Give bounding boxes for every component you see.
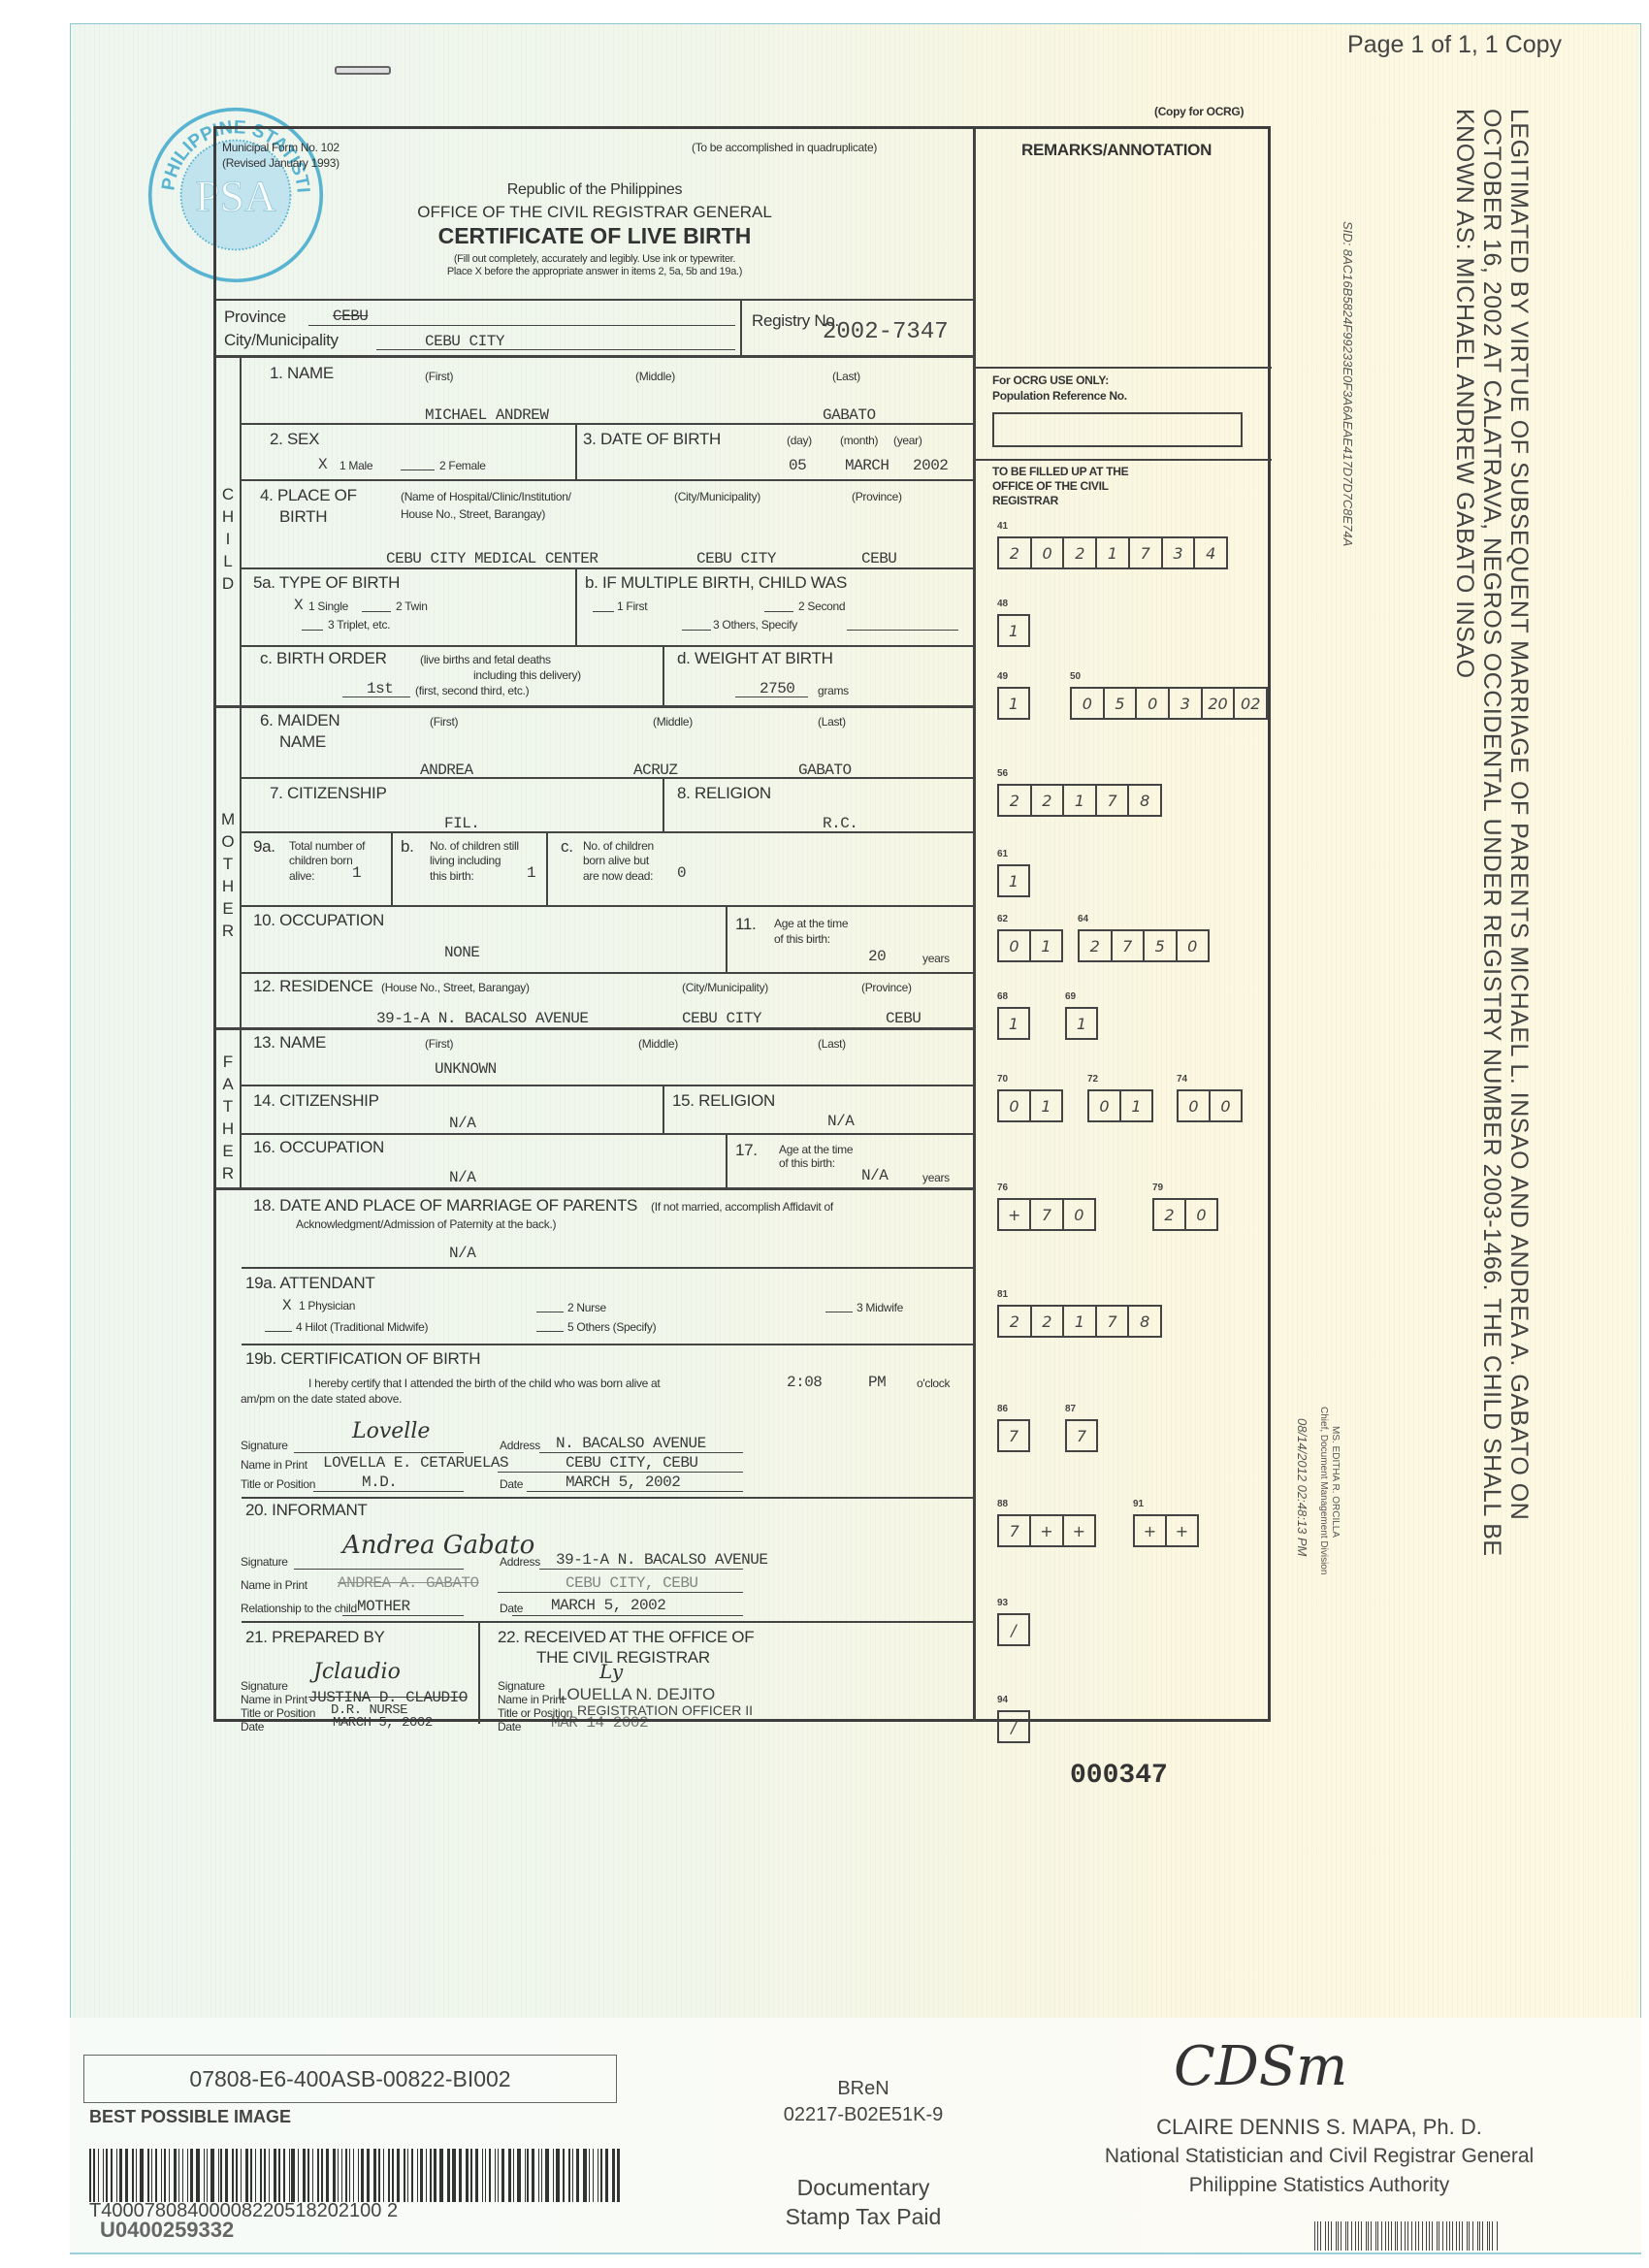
code-cell: 5 xyxy=(1145,931,1178,960)
father-age-hdr1: Age at the time xyxy=(779,1143,853,1156)
barcode-bar xyxy=(1320,2221,1321,2251)
sex-female-option: 2 Female xyxy=(439,459,486,472)
barcode-bar xyxy=(338,2149,339,2202)
code-cell: 2 xyxy=(1154,1200,1186,1229)
code-box: +70 xyxy=(997,1198,1096,1231)
code-cell: 3 xyxy=(1163,538,1196,567)
barcode-bar xyxy=(1422,2221,1423,2251)
barcode-bar xyxy=(452,2149,455,2202)
barcode-bar xyxy=(1347,2221,1348,2251)
middle-hdr: (Middle) xyxy=(635,370,675,383)
barcode-bar xyxy=(250,2149,252,2202)
marriage-note-2: Acknowledgment/Admission of Paternity at… xyxy=(296,1217,556,1231)
code-cell: 1 xyxy=(1064,786,1097,815)
maiden-name-label: 6. MAIDEN xyxy=(260,711,339,730)
code-cell: 3 xyxy=(1170,689,1203,718)
code-cell: 7 xyxy=(1067,1421,1096,1450)
code-cell: 1 xyxy=(999,866,1028,895)
informant-signature-label: Signature xyxy=(241,1555,288,1569)
birth-order-hint: (first, second third, etc.) xyxy=(415,684,529,697)
city-value: CEBU CITY xyxy=(425,333,504,350)
barcode-bar xyxy=(353,2149,354,2202)
multi-others: 3 Others, Specify xyxy=(713,618,797,632)
barcode-bar xyxy=(541,2149,542,2202)
barcode-bar xyxy=(264,2149,266,2202)
page-count: Page 1 of 1, 1 Copy xyxy=(1347,31,1562,59)
barcode-bar xyxy=(283,2149,285,2202)
attendant-midwife: 3 Midwife xyxy=(857,1301,903,1314)
barcode-bar xyxy=(136,2149,138,2202)
mother-citizenship-label: 7. CITIZENSHIP xyxy=(270,784,387,803)
code-cell: 1 xyxy=(1031,1091,1061,1120)
code-cell: 4 xyxy=(1195,538,1226,567)
barcode-bar xyxy=(1401,2221,1402,2251)
copy-for-ocrg: (Copy for OCRG) xyxy=(1154,105,1244,118)
code-box: 1 xyxy=(997,687,1030,720)
barcode-bar xyxy=(361,2149,364,2202)
barcode-bar xyxy=(576,2149,579,2202)
barcode-bar xyxy=(116,2149,117,2202)
attendant-nurse: 2 Nurse xyxy=(567,1301,606,1314)
barcode-bar xyxy=(1415,2221,1416,2251)
certification-label: 19b. CERTIFICATION OF BIRTH xyxy=(245,1349,480,1369)
barcode-bar xyxy=(169,2149,170,2202)
mother-age-hdr1: Age at the time xyxy=(774,917,848,930)
barcode-bar xyxy=(106,2149,108,2202)
type-of-birth-mark: X xyxy=(294,597,303,614)
total-born-label: 9a. xyxy=(253,837,275,857)
barcode-bar xyxy=(388,2149,390,2202)
barcode-bar xyxy=(605,2149,608,2202)
pob-city: CEBU CITY xyxy=(696,550,776,567)
barcode-bar xyxy=(439,2149,442,2202)
barcode-bar xyxy=(553,2149,555,2202)
informant-relationship-label: Relationship to the child xyxy=(241,1602,357,1615)
annotation-timestamp: 08/14/2012 02:48:13 PM xyxy=(1295,1418,1309,1556)
attendant-others: 5 Others (Specify) xyxy=(567,1320,656,1334)
bren-label: BReN xyxy=(747,2076,980,2102)
remarks-title: REMARKS/ANNOTATION xyxy=(1021,141,1212,160)
father-age: N/A xyxy=(861,1167,888,1184)
month-hdr: (month) xyxy=(840,434,878,447)
barcode-bar xyxy=(1477,2221,1478,2251)
barcode-bar xyxy=(495,2149,496,2202)
code-cell: / xyxy=(999,1712,1028,1741)
mother-middle-hdr: (Middle) xyxy=(653,715,693,729)
mother-religion-label: 8. RELIGION xyxy=(677,784,771,803)
code-box: 1 xyxy=(1065,1007,1098,1040)
barcode-bar xyxy=(1426,2221,1427,2251)
code-box: 7 xyxy=(1065,1419,1098,1452)
barcode-bar xyxy=(612,2149,615,2202)
certification-text-2: am/pm on the date stated above. xyxy=(241,1392,402,1406)
code-cell: + xyxy=(1064,1516,1094,1545)
documentary-stamp: Documentary Stamp Tax Paid xyxy=(747,2173,980,2231)
code-cell: 0 xyxy=(1072,689,1105,718)
annotation-signer-title: Chief, Document Management Division xyxy=(1317,1407,1329,1574)
code-box: 01 xyxy=(1087,1089,1153,1122)
barcode-bar xyxy=(225,2149,228,2202)
annotation-signer: MS. EDITHA R. ORCILLA xyxy=(1329,1426,1341,1538)
code-cell: 0 xyxy=(1064,1200,1094,1229)
living-label: b. xyxy=(401,837,414,857)
residence-province: CEBU xyxy=(886,1010,921,1027)
barcode-bar xyxy=(1469,2221,1470,2251)
multi-first: 1 First xyxy=(617,599,647,613)
dead-hdr2: born alive but xyxy=(583,854,649,867)
barcode-bar xyxy=(482,2149,483,2202)
barcode-bar xyxy=(373,2149,376,2202)
certificate-title: CERTIFICATE OF LIVE BIRTH xyxy=(216,223,973,249)
code-number: 94 xyxy=(997,1695,1008,1705)
living-hdr2: living including xyxy=(430,854,501,867)
barcode-bar xyxy=(151,2149,152,2202)
barcode-bar xyxy=(289,2149,290,2202)
code-cell: 0 xyxy=(1179,1091,1211,1120)
father-age-unit: years xyxy=(922,1171,950,1184)
barcode-bar xyxy=(1351,2221,1352,2251)
code-cell: 1 xyxy=(1031,931,1061,960)
multiple-birth-label: b. IF MULTIPLE BIRTH, CHILD WAS xyxy=(585,573,847,593)
barcode-bar xyxy=(470,2149,473,2202)
barcode-bar xyxy=(1317,2221,1318,2251)
informant-address-1: 39-1-A N. BACALSO AVENUE xyxy=(556,1551,767,1569)
child-last-name: GABATO xyxy=(823,406,876,424)
small-barcode xyxy=(1314,2221,1499,2251)
informant-name-label: Name in Print xyxy=(241,1578,307,1592)
barcode-bar xyxy=(466,2149,469,2202)
code-cell: 7 xyxy=(1130,538,1163,567)
official-name: CLAIRE DENNIS S. MAPA, Ph. D. xyxy=(1067,2113,1571,2142)
birth-order-hdr: (live births and fetal deaths xyxy=(420,653,551,666)
code-cell: 0 xyxy=(1032,538,1065,567)
code-cell: 0 xyxy=(1089,1091,1121,1120)
barcode-bar xyxy=(103,2149,104,2202)
code-cell: 0 xyxy=(999,1091,1031,1120)
pob-province: CEBU xyxy=(861,550,896,567)
cert-signature-label: Signature xyxy=(241,1439,288,1452)
barcode-bar xyxy=(383,2149,385,2202)
prepared-name-label: Name in Print xyxy=(241,1693,307,1706)
ocrg-use-label: For OCRG USE ONLY: xyxy=(992,373,1109,387)
code-cell: 5 xyxy=(1105,689,1138,718)
code-cell: 7 xyxy=(1113,931,1146,960)
barcode-bar xyxy=(140,2149,143,2202)
marriage-note: (If not married, accomplish Affidavit of xyxy=(651,1200,833,1214)
barcode-bar xyxy=(333,2149,336,2202)
barcode-bar xyxy=(1456,2221,1457,2251)
instruction-2: Place X before the appropriate answer in… xyxy=(216,266,973,277)
received-label: 22. RECEIVED AT THE OFFICE OF xyxy=(498,1628,754,1647)
barcode-bar xyxy=(274,2149,276,2202)
informant-date: MARCH 5, 2002 xyxy=(551,1597,665,1614)
code-cell: 0 xyxy=(1178,931,1209,960)
code-box: 00 xyxy=(1177,1089,1243,1122)
code-cell: 02 xyxy=(1235,689,1266,718)
city-label: City/Municipality xyxy=(224,331,339,350)
annotation-sid: SID: 8AC16B5824F99233E0F3A6AEAE417D7D7C8… xyxy=(1341,221,1355,546)
barcode-bar xyxy=(291,2149,294,2202)
sex-male-option: 1 Male xyxy=(339,459,372,472)
code-number: 91 xyxy=(1133,1499,1144,1509)
code-number: 41 xyxy=(997,521,1008,532)
living-hdr3: this birth: xyxy=(430,869,473,883)
code-number: 79 xyxy=(1152,1183,1163,1193)
barcode xyxy=(89,2149,623,2202)
quadruplicate-note: (To be accomplished in quadruplicate) xyxy=(692,141,877,154)
barcode-bar xyxy=(260,2149,263,2202)
stamp-line-1: Documentary xyxy=(747,2173,980,2202)
stamp-line-2: Stamp Tax Paid xyxy=(747,2202,980,2231)
control-code: 07808-E6-400ASB-00822-BI002 xyxy=(83,2055,617,2103)
barcode-bar xyxy=(508,2149,511,2202)
official-org: Philippine Statistics Authority xyxy=(1067,2171,1571,2200)
barcode-bar xyxy=(397,2149,400,2202)
cert-date-label: Date xyxy=(500,1477,523,1491)
code-cell: 7 xyxy=(1097,786,1130,815)
prepared-signature: Jclaudio xyxy=(313,1660,401,1684)
code-number: 64 xyxy=(1078,914,1088,924)
barcode-bar xyxy=(278,2149,280,2202)
code-cell: / xyxy=(999,1615,1028,1644)
barcode-bar xyxy=(407,2149,409,2202)
code-box: 01 xyxy=(997,929,1063,962)
pob-hdr-city: (City/Municipality) xyxy=(674,490,760,503)
code-cell: 1 xyxy=(999,1009,1028,1038)
barcode-bar xyxy=(572,2149,573,2202)
code-box: 05032002 xyxy=(1070,687,1268,720)
sex-label: 2. SEX xyxy=(270,430,319,449)
code-cell: 7 xyxy=(999,1421,1028,1450)
code-number: 72 xyxy=(1087,1074,1098,1085)
code-cell: 7 xyxy=(1097,1307,1130,1336)
code-box: 2750 xyxy=(1078,929,1210,962)
barcode-bar xyxy=(119,2149,122,2202)
barcode-bar xyxy=(589,2149,591,2202)
marriage-label: 18. DATE AND PLACE OF MARRIAGE OF PARENT… xyxy=(253,1196,637,1215)
dob-day: 05 xyxy=(789,457,806,474)
code-cell: 8 xyxy=(1129,786,1160,815)
barcode-bar xyxy=(556,2149,559,2202)
barcode-bar xyxy=(517,2149,520,2202)
barcode-bar xyxy=(417,2149,418,2202)
barcode-bar xyxy=(583,2149,586,2202)
tob-single: 1 Single xyxy=(308,599,348,613)
residence-hdr-province: (Province) xyxy=(861,981,912,994)
barcode-bar xyxy=(155,2149,157,2202)
child-first-name: MICHAEL ANDREW xyxy=(425,406,548,424)
cert-name-label: Name in Print xyxy=(241,1458,307,1472)
tob-twin: 2 Twin xyxy=(396,599,428,613)
first-hdr: (First) xyxy=(425,370,453,383)
republic-text: Republic of the Philippines xyxy=(216,181,973,199)
code-cell: 8 xyxy=(1129,1307,1160,1336)
code-number: 48 xyxy=(997,599,1008,609)
residence-label: 12. RESIDENCE xyxy=(253,977,373,996)
barcode-bar xyxy=(568,2149,570,2202)
mother-occupation-label: 10. OCCUPATION xyxy=(253,911,384,930)
code-cell: 2 xyxy=(1032,1307,1065,1336)
dob-label: 3. DATE OF BIRTH xyxy=(583,430,721,449)
barcode-bar xyxy=(1492,2221,1493,2251)
province-value: CEBU xyxy=(333,308,368,325)
birth-order-value: 1st xyxy=(367,680,393,697)
weight-label: d. WEIGHT AT BIRTH xyxy=(677,649,833,668)
barcode-bar xyxy=(220,2149,222,2202)
mother-first-hdr: (First) xyxy=(430,715,458,729)
barcode-bar xyxy=(210,2149,213,2202)
type-of-birth-label: 5a. TYPE OF BIRTH xyxy=(253,573,400,593)
mother-age: 20 xyxy=(868,948,886,965)
code-cell: 1 xyxy=(1097,538,1130,567)
official-title: National Statistician and Civil Registra… xyxy=(1067,2142,1571,2171)
birth-certificate-form: Municipal Form No. 102 (Revised January … xyxy=(213,126,1271,1722)
barcode-bar xyxy=(1489,2221,1490,2251)
prepared-title-label: Title or Position xyxy=(241,1706,315,1720)
code-number: 74 xyxy=(1177,1074,1187,1085)
barcode-bar xyxy=(426,2149,427,2202)
year-hdr: (year) xyxy=(893,434,922,447)
code-cell: + xyxy=(1031,1516,1063,1545)
barcode-bar xyxy=(187,2149,188,2202)
fill-label-1: TO BE FILLED UP AT THE xyxy=(992,465,1128,478)
cert-date: MARCH 5, 2002 xyxy=(566,1474,680,1491)
code-number: 86 xyxy=(997,1404,1008,1414)
barcode-bar xyxy=(269,2149,270,2202)
code-number: 69 xyxy=(1065,991,1076,1002)
code-box: ++ xyxy=(1133,1514,1199,1547)
national-statistician-signature: CDSm xyxy=(1174,2035,1347,2098)
cert-address-label: Address xyxy=(500,1439,540,1452)
serial-number: 000347 xyxy=(1070,1761,1168,1791)
dob-month: MARCH xyxy=(845,457,889,474)
barcode-bar xyxy=(532,2149,534,2202)
code-cell: 7 xyxy=(1031,1200,1063,1229)
prepared-signature-label: Signature xyxy=(241,1679,288,1693)
last-hdr: (Last) xyxy=(832,370,860,383)
barcode-bar xyxy=(1361,2221,1362,2251)
received-signature: Ly xyxy=(599,1660,623,1683)
barcode-bar xyxy=(1325,2221,1326,2251)
legitimation-annotation: LEGITIMATED BY VIRTUE OF SUBSEQUENT MARR… xyxy=(1387,109,1533,1641)
maiden-name-label-2: NAME xyxy=(279,732,326,752)
code-box: 20 xyxy=(1152,1198,1218,1231)
code-number: 93 xyxy=(997,1598,1008,1608)
code-box: 1 xyxy=(997,864,1030,897)
father-citizenship-label: 14. CITIZENSHIP xyxy=(253,1091,379,1111)
prepared-date: MARCH 5, 2002 xyxy=(333,1715,433,1731)
code-cell: 1 xyxy=(1067,1009,1096,1038)
total-born-hdr2: children born xyxy=(289,854,352,867)
code-box: 22178 xyxy=(997,784,1162,817)
barcode-bar xyxy=(367,2149,370,2202)
father-last-hdr: (Last) xyxy=(818,1037,846,1051)
pob-label: 4. PLACE OF xyxy=(260,486,357,505)
barcode-bar xyxy=(307,2149,309,2202)
weight-unit: grams xyxy=(818,684,849,697)
informant-date-label: Date xyxy=(500,1602,523,1615)
weight-value: 2750 xyxy=(760,680,794,697)
father-name: UNKNOWN xyxy=(435,1060,497,1078)
father-middle-hdr: (Middle) xyxy=(638,1037,678,1051)
barcode-bar xyxy=(392,2149,394,2202)
informant-address-2: CEBU CITY, CEBU xyxy=(566,1574,698,1592)
barcode-bar xyxy=(147,2149,150,2202)
attendant-mark: X xyxy=(282,1297,291,1314)
informant-name: ANDREA A. GABATO xyxy=(338,1574,479,1592)
province-label: Province xyxy=(224,308,286,327)
barcode-bar xyxy=(1405,2221,1406,2251)
residence-hdr-city: (City/Municipality) xyxy=(682,981,768,994)
barcode-bar xyxy=(1411,2221,1412,2251)
population-ref-label: Population Reference No. xyxy=(992,389,1127,403)
barcode-bar xyxy=(207,2149,209,2202)
barcode-bar xyxy=(1449,2221,1450,2251)
code-box: 22178 xyxy=(997,1305,1162,1338)
barcode-bar xyxy=(600,2149,603,2202)
pob-hdr-street: House No., Street, Barangay) xyxy=(401,507,545,521)
code-cell: 1 xyxy=(999,616,1028,645)
code-cell: 2 xyxy=(999,1307,1032,1336)
barcode-bar xyxy=(430,2149,432,2202)
barcode-number-2: U0400259332 xyxy=(100,2218,234,2243)
barcode-bar xyxy=(485,2149,487,2202)
cert-title-label: Title or Position xyxy=(241,1477,315,1491)
code-box: / xyxy=(997,1613,1030,1646)
code-cell: + xyxy=(1167,1516,1197,1545)
attendant-label: 19a. ATTENDANT xyxy=(245,1274,374,1293)
barcode-bar xyxy=(1375,2221,1376,2251)
barcode-bar xyxy=(434,2149,436,2202)
code-box: 1 xyxy=(997,614,1030,647)
code-box: 1 xyxy=(997,1007,1030,1040)
barcode-bar xyxy=(1472,2221,1473,2251)
code-cell: 1 xyxy=(1121,1091,1151,1120)
attendant-physician: 1 Physician xyxy=(299,1299,355,1312)
total-born-hdr1: Total number of xyxy=(289,839,365,853)
barcode-bar xyxy=(125,2149,128,2202)
code-box: 7 xyxy=(997,1419,1030,1452)
code-number: 81 xyxy=(997,1289,1008,1300)
code-cell: 2 xyxy=(1064,538,1097,567)
total-born-hdr3: alive: xyxy=(289,869,314,883)
barcode-bar xyxy=(1331,2221,1332,2251)
living-hdr1: No. of children still xyxy=(430,839,519,853)
barcode-bar xyxy=(204,2149,205,2202)
barcode-bar xyxy=(345,2149,347,2202)
code-cell: 2 xyxy=(999,786,1032,815)
barcode-bar xyxy=(378,2149,380,2202)
barcode-bar xyxy=(545,2149,548,2202)
code-box: 01 xyxy=(997,1089,1063,1122)
pob-hdr-province: (Province) xyxy=(852,490,902,503)
code-cell: 0 xyxy=(1211,1091,1241,1120)
staple-mark xyxy=(335,66,391,75)
pob-hospital: CEBU CITY MEDICAL CENTER xyxy=(386,550,598,567)
barcode-bar xyxy=(593,2149,594,2202)
received-name-label: Name in Print xyxy=(498,1693,565,1706)
form-number: Municipal Form No. 102 xyxy=(222,141,339,154)
code-number: 76 xyxy=(997,1183,1008,1193)
barcode-bar xyxy=(459,2149,462,2202)
bren-block: BReN 02217-B02E51K-9 xyxy=(747,2076,980,2128)
barcode-bar xyxy=(525,2149,526,2202)
barcode-bar xyxy=(178,2149,180,2202)
barcode-bar xyxy=(326,2149,329,2202)
code-cell: 20 xyxy=(1203,689,1236,718)
dead-hdr1: No. of children xyxy=(583,839,654,853)
barcode-bar xyxy=(420,2149,423,2202)
